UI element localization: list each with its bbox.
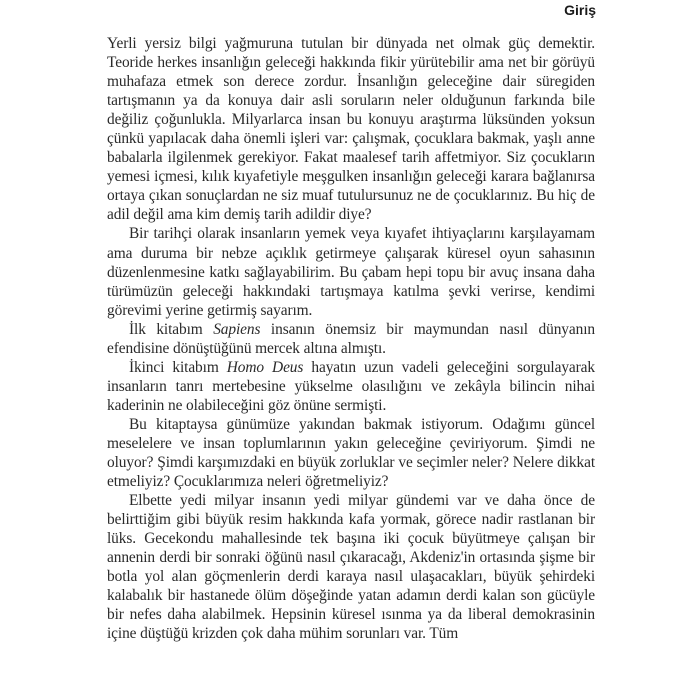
paragraph-3: İlk kitabım Sapiens insanın önemsiz bir … bbox=[107, 320, 595, 358]
paragraph-5: Bu kitaptaysa günümüze yakından bakmak i… bbox=[107, 415, 595, 491]
paragraph-4: İkinci kitabım Homo Deus hayatın uzun va… bbox=[107, 358, 595, 415]
book-title-sapiens: Sapiens bbox=[213, 321, 260, 338]
paragraph-3-before: İlk kitabım bbox=[129, 321, 213, 338]
paragraph-2: Bir tarihçi olarak insanların yemek veya… bbox=[107, 224, 595, 319]
body-text: Yerli yersiz bilgi yağmuruna tutulan bir… bbox=[107, 34, 595, 644]
book-title-homo-deus: Homo Deus bbox=[227, 359, 304, 376]
running-head-chapter-title: Giriş bbox=[564, 0, 596, 20]
paragraph-4-before: İkinci kitabım bbox=[129, 359, 227, 376]
paragraph-1: Yerli yersiz bilgi yağmuruna tutulan bir… bbox=[107, 34, 595, 224]
paragraph-6: Elbette yedi milyar insanın yedi milyar … bbox=[107, 491, 595, 643]
book-page: Giriş Yerli yersiz bilgi yağmuruna tutul… bbox=[0, 0, 700, 700]
